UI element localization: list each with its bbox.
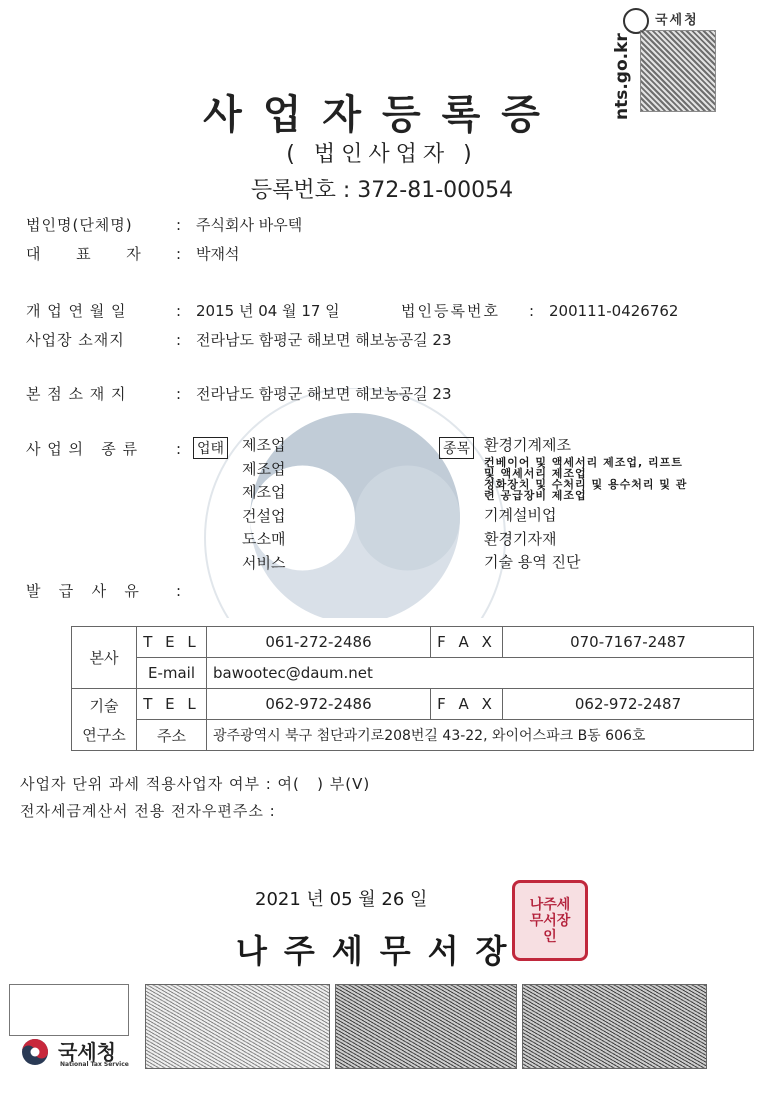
head-office-row: 본 점 소 재 지:전라남도 함평군 해보면 해보농공길 23 bbox=[26, 383, 452, 404]
business-type-item: 건설업 bbox=[242, 505, 285, 529]
qr-label: 국세청 bbox=[655, 9, 699, 28]
nts-taegeuk-icon bbox=[20, 1037, 50, 1067]
business-item: 환경기자재 bbox=[484, 528, 687, 552]
research-center-fax: 062-972-2487 bbox=[503, 689, 754, 720]
representative-label: 대 표 자 bbox=[26, 243, 176, 264]
head-office-tel: 061-272-2486 bbox=[207, 627, 431, 658]
security-pattern-3 bbox=[522, 984, 707, 1069]
table-row: 본사 T E L 061-272-2486 F A X 070-7167-248… bbox=[72, 627, 754, 658]
research-center-tel: 062-972-2486 bbox=[207, 689, 431, 720]
business-address-row: 사업장 소재지:전라남도 함평군 해보면 해보농공길 23 bbox=[26, 329, 452, 350]
corp-reg-value: 200111-0426762 bbox=[549, 302, 678, 320]
fax-label: F A X bbox=[431, 627, 503, 658]
representative-row: 대 표 자:박재석 bbox=[26, 243, 239, 264]
head-office-label: 본 점 소 재 지 bbox=[26, 383, 176, 404]
business-item-tag: 종목 bbox=[439, 437, 474, 459]
tel-label: T E L bbox=[137, 627, 207, 658]
issue-reason-row: 발 급 사 유: bbox=[26, 580, 196, 601]
document-subtitle: ( 법인사업자 ) bbox=[0, 137, 764, 168]
business-type-item: 제조업 bbox=[242, 434, 285, 458]
head-office-fax: 070-7167-2487 bbox=[503, 627, 754, 658]
security-pattern-1 bbox=[145, 984, 330, 1069]
head-office-value: 전라남도 함평군 해보면 해보농공길 23 bbox=[196, 385, 452, 403]
business-item: 환경기계제조 bbox=[484, 434, 687, 457]
business-type-tag: 업태 bbox=[193, 437, 228, 459]
research-center-cell: 기술 연구소 bbox=[72, 689, 137, 751]
fax-label: F A X bbox=[431, 689, 503, 720]
corp-name-label: 법인명(단체명) bbox=[26, 214, 176, 235]
business-type-item: 서비스 bbox=[242, 552, 285, 576]
business-type-item: 제조업 bbox=[242, 458, 285, 482]
open-date-value: 2015 년 04 월 17 일 bbox=[196, 300, 401, 321]
business-address-value: 전라남도 함평군 해보면 해보농공길 23 bbox=[196, 331, 452, 349]
head-office-email: bawootec@daum.net bbox=[207, 658, 754, 689]
contact-table: 본사 T E L 061-272-2486 F A X 070-7167-248… bbox=[71, 626, 754, 751]
business-item: 련 공급장비 제조업 bbox=[484, 490, 687, 501]
address-label: 주소 bbox=[137, 720, 207, 751]
business-type-row: 사 업 의 종 류: bbox=[26, 438, 196, 459]
official-seal: 나주세무서장인 bbox=[512, 880, 588, 961]
representative-value: 박재석 bbox=[196, 245, 239, 263]
table-row: 주소 광주광역시 북구 첨단과기로208번길 43-22, 와이어스파크 B동 … bbox=[72, 720, 754, 751]
issue-date: 2021 년 05 월 26 일 bbox=[255, 885, 427, 911]
issuer-name: 나주세무서장 bbox=[236, 926, 523, 972]
open-date-row: 개 업 연 월 일:2015 년 04 월 17 일법인등록번호:200111-… bbox=[26, 300, 678, 321]
unit-tax-line: 사업자 단위 과세 적용사업자 여부 : 여( ) 부(V) bbox=[20, 773, 370, 794]
corp-reg-label: 법인등록번호 bbox=[401, 300, 529, 321]
document-title: 사업자등록증 bbox=[0, 83, 764, 140]
business-item-list: 환경기계제조 컨베이어 및 액세서리 제조업, 리프트 및 액세서리 제조업 정… bbox=[484, 434, 687, 575]
issue-reason-label: 발 급 사 유 bbox=[26, 580, 176, 601]
nts-logo-subtext: National Tax Service bbox=[60, 1061, 129, 1068]
corp-name-row: 법인명(단체명):주식회사 바우텍 bbox=[26, 214, 302, 235]
security-pattern-2 bbox=[335, 984, 517, 1069]
business-type-item: 제조업 bbox=[242, 481, 285, 505]
research-center-address: 광주광역시 북구 첨단과기로208번길 43-22, 와이어스파크 B동 606… bbox=[207, 720, 754, 751]
tel-label: T E L bbox=[137, 689, 207, 720]
table-row: 기술 연구소 T E L 062-972-2486 F A X 062-972-… bbox=[72, 689, 754, 720]
taegeuk-watermark-icon bbox=[190, 388, 520, 618]
e-invoice-line: 전자세금계산서 전용 전자우편주소 : bbox=[20, 800, 276, 821]
business-item: 기계설비업 bbox=[484, 504, 687, 528]
email-label: E-mail bbox=[137, 658, 207, 689]
corp-name-value: 주식회사 바우텍 bbox=[196, 216, 302, 234]
business-type-item: 도소매 bbox=[242, 528, 285, 552]
registration-number: 등록번호 : 372-81-00054 bbox=[0, 173, 764, 204]
business-address-label: 사업장 소재지 bbox=[26, 329, 176, 350]
business-type-list: 제조업 제조업 제조업 건설업 도소매 서비스 bbox=[242, 434, 285, 575]
head-office-cell: 본사 bbox=[72, 627, 137, 689]
table-row: E-mail bawootec@daum.net bbox=[72, 658, 754, 689]
business-item: 기술 용역 진단 bbox=[484, 551, 687, 575]
blank-box bbox=[9, 984, 129, 1036]
business-type-label: 사 업 의 종 류 bbox=[26, 438, 176, 459]
open-date-label: 개 업 연 월 일 bbox=[26, 300, 176, 321]
